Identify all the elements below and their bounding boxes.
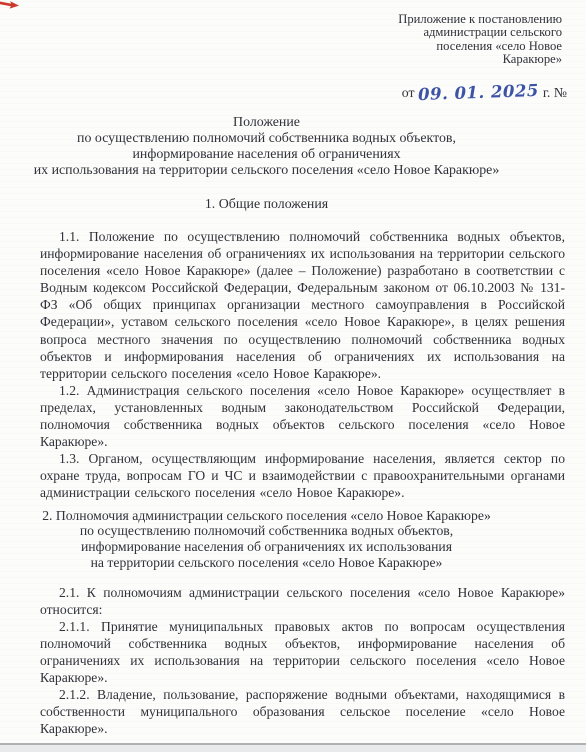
paragraph-1-2: 1.2. Администрация сельского поселения «… [40, 382, 565, 450]
section-2-heading-line: информирование населения об ограничениях… [0, 539, 533, 555]
section-2-heading: 2. Полномочия администрации сельского по… [0, 508, 533, 571]
paragraph-1-1: 1.1. Положение по осуществлению полномоч… [40, 228, 565, 382]
document-title-line: Положение [0, 115, 533, 131]
section-1-heading: 1. Общие положения [0, 197, 533, 213]
paragraph-2-1-1: 2.1.1. Принятие муниципальных правовых а… [40, 618, 565, 686]
document-body: 1.1. Положение по осуществлению полномоч… [40, 228, 565, 738]
date-prefix: от [402, 85, 415, 100]
date-suffix: г. № [543, 85, 567, 100]
appendix-reference-line: Приложение к постановлению [322, 13, 562, 26]
red-arrow-mark [0, 0, 24, 14]
document-title-line: их использования на территории сельского… [0, 163, 533, 179]
paragraph-2-1: 2.1. К полномочиям администрации сельско… [40, 584, 565, 618]
document-title: Положение по осуществлению полномочий со… [0, 115, 533, 179]
section-2-heading-line: по осуществлению полномочий собственника… [0, 523, 533, 539]
appendix-reference-line: администрации сельского [322, 26, 562, 39]
handwritten-date: 09. 01. 2025 [417, 81, 538, 104]
appendix-reference: Приложение к постановлению администрации… [322, 13, 562, 66]
date-line: от09. 01. 2025 г. № [402, 82, 567, 101]
paragraph-2-1-2: 2.1.2. Владение, пользование, распоряжен… [40, 686, 565, 737]
section-2-heading-line: 2. Полномочия администрации сельского по… [0, 508, 533, 524]
section-2-heading-line: на территории сельского поселения «село … [0, 555, 533, 571]
document-title-line: по осуществлению полномочий собственника… [0, 131, 533, 147]
document-title-line: информирование населения об ограничениях [0, 147, 533, 163]
document-page: Приложение к постановлению администрации… [0, 0, 586, 752]
paragraph-1-3: 1.3. Органом, осуществляющим информирова… [40, 450, 565, 501]
appendix-reference-line: Каракюре» [322, 53, 562, 66]
appendix-reference-line: поселения «село Новое [322, 40, 562, 53]
scan-bottom-edge [0, 743, 586, 752]
